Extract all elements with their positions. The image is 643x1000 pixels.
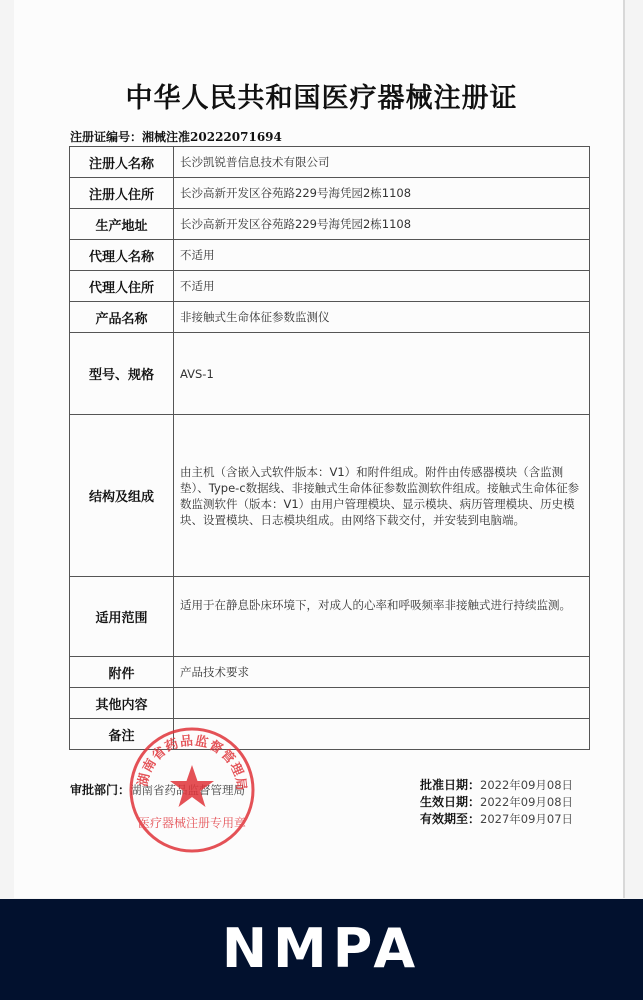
- field-label: 注册人住所: [70, 178, 174, 209]
- table-row: 其他内容: [70, 688, 590, 719]
- date-label: 有效期至：: [420, 812, 480, 826]
- table-row: 代理人住所 不适用: [70, 271, 590, 302]
- date-label: 生效日期：: [420, 795, 480, 809]
- date-label: 批准日期：: [420, 778, 480, 792]
- date-value: 2022年09月08日: [480, 778, 573, 792]
- table-row: 型号、规格 AVS-1: [70, 333, 590, 415]
- table-row: 代理人名称 不适用: [70, 240, 590, 271]
- date-value: 2027年09月07日: [480, 812, 573, 826]
- table-row: 适用范围 适用于在静息卧床环境下，对成人的心率和呼吸频率非接触式进行持续监测。: [70, 577, 590, 657]
- certificate-title: 中华人民共和国医疗器械注册证: [0, 76, 643, 115]
- nmpa-banner: NMPA: [0, 899, 643, 1000]
- field-value: 适用于在静息卧床环境下，对成人的心率和呼吸频率非接触式进行持续监测。: [174, 577, 590, 657]
- expiry-date: 有效期至：2027年09月07日: [420, 811, 573, 828]
- approval-department-label: 审批部门：: [70, 783, 130, 797]
- field-value: 不适用: [174, 240, 590, 271]
- field-label: 其他内容: [70, 688, 174, 719]
- table-row: 结构及组成 由主机（含嵌入式软件版本：V1）和附件组成。附件由传感器模块（含监测…: [70, 415, 590, 577]
- field-value: 非接触式生命体征参数监测仪: [174, 302, 590, 333]
- field-value: [174, 688, 590, 719]
- field-label: 备注: [70, 719, 174, 750]
- field-label: 代理人名称: [70, 240, 174, 271]
- field-value: 由主机（含嵌入式软件版本：V1）和附件组成。附件由传感器模块（含监测垫）、Typ…: [174, 415, 590, 577]
- table-row: 附件 产品技术要求: [70, 657, 590, 688]
- field-value: 长沙高新开发区谷苑路229号海凭园2栋1108: [174, 209, 590, 240]
- table-row: 注册人住所 长沙高新开发区谷苑路229号海凭园2栋1108: [70, 178, 590, 209]
- field-value: [174, 719, 590, 750]
- field-value: 不适用: [174, 271, 590, 302]
- table-row: 备注: [70, 719, 590, 750]
- field-label: 产品名称: [70, 302, 174, 333]
- date-value: 2022年09月08日: [480, 795, 573, 809]
- field-label: 型号、规格: [70, 333, 174, 415]
- field-label: 结构及组成: [70, 415, 174, 577]
- table-row: 产品名称 非接触式生命体征参数监测仪: [70, 302, 590, 333]
- table-row: 生产地址 长沙高新开发区谷苑路229号海凭园2栋1108: [70, 209, 590, 240]
- field-value: AVS-1: [174, 333, 590, 415]
- field-value: 长沙凯锐普信息技术有限公司: [174, 147, 590, 178]
- field-value: 产品技术要求: [174, 657, 590, 688]
- field-label: 注册人名称: [70, 147, 174, 178]
- registration-number-label: 注册证编号：: [70, 130, 142, 144]
- certificate-table: 注册人名称 长沙凯锐普信息技术有限公司 注册人住所 长沙高新开发区谷苑路229号…: [69, 146, 590, 750]
- registration-number: 注册证编号：湘械注准20222071694: [70, 128, 282, 145]
- field-label: 代理人住所: [70, 271, 174, 302]
- field-label: 生产地址: [70, 209, 174, 240]
- approval-department-value: 湖南省药品监督管理局: [130, 783, 245, 797]
- field-label: 附件: [70, 657, 174, 688]
- scope-text: 适用于在静息卧床环境下，对成人的心率和呼吸频率非接触式进行持续监测。: [180, 597, 583, 613]
- approval-department: 审批部门：湖南省药品监督管理局: [70, 781, 245, 798]
- date-block: 批准日期：2022年09月08日 生效日期：2022年09月08日 有效期至：2…: [420, 777, 573, 828]
- table-row: 注册人名称 长沙凯锐普信息技术有限公司: [70, 147, 590, 178]
- field-label: 适用范围: [70, 577, 174, 657]
- registration-number-value: 湘械注准20222071694: [142, 130, 282, 144]
- field-value: 长沙高新开发区谷苑路229号海凭园2栋1108: [174, 178, 590, 209]
- effective-date: 生效日期：2022年09月08日: [420, 794, 573, 811]
- approval-date: 批准日期：2022年09月08日: [420, 777, 573, 794]
- banner-text: NMPA: [0, 917, 643, 980]
